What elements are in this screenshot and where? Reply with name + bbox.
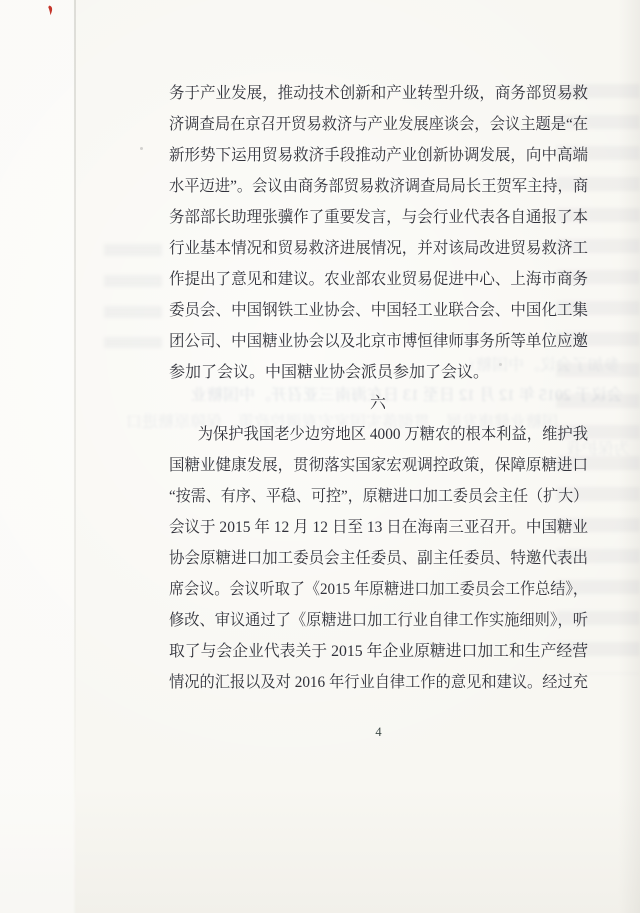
- text-line: 团公司、中国糖业协会以及北京市博恒律师事务所等单位应邀: [169, 326, 575, 357]
- fold-crease-line: [74, 0, 76, 806]
- text-line: 水平迈进”。会议由商务部贸易救济调查局局长王贺军主持，商: [169, 171, 569, 202]
- text-line: 委员会、中国钢铁工业协会、中国轻工业联合会、中国化工集: [169, 295, 575, 326]
- text-line: 参加了会议。中国糖业协会派员参加了会议。: [169, 357, 588, 388]
- text-line: 修改、审议通过了《原糖进口加工行业自律工作实施细则》，听: [169, 605, 568, 636]
- text-line: 务部部长助理张骥作了重要发言，与会行业代表各自通报了本: [169, 202, 575, 233]
- document-text-block: 务于产业发展，推动技术创新和产业转型升级，商务部贸易救 济调查局在京召开贸易救济…: [169, 78, 588, 698]
- page-number: 4: [169, 725, 588, 740]
- red-pen-mark-glyph: [47, 5, 55, 16]
- text-line: 行业基本情况和贸易救济进展情况，并对该局改进贸易救济工: [169, 233, 575, 264]
- text-line: 席会议。会议听取了《2015 年原糖进口加工委员会工作总结》，: [169, 574, 564, 605]
- text-line: 情况的汇报以及对 2016 年行业自律工作的意见和建议。经过充: [169, 667, 568, 698]
- section-heading: 六: [169, 388, 588, 419]
- text-line: “按需、有序、平稳、可控”，原糖进口加工委员会主任（扩大）: [169, 481, 563, 512]
- scanned-document-page: 参加了会议。中国糖业协会派员参加了会议。 会议于 2015 年 12 月 12 …: [0, 0, 640, 913]
- text-line: 国糖业健康发展，贯彻落实国家宏观调控政策，保障原糖进口: [169, 450, 575, 481]
- text-line: 务于产业发展，推动技术创新和产业转型升级，商务部贸易救: [169, 78, 575, 109]
- text-line: 协会原糖进口加工委员会主任委员、副主任委员、特邀代表出: [169, 543, 575, 574]
- bleedthrough-bands-left: [104, 244, 162, 348]
- text-line: 为保护我国老少边穷地区 4000 万糖农的根本利益，维护我: [169, 419, 570, 450]
- text-line: 取了与会企业代表关于 2015 年企业原糖进口加工和生产经营: [169, 636, 583, 667]
- text-line: 济调查局在京召开贸易救济与产业发展座谈会，会议主题是“在: [169, 109, 569, 140]
- text-line: 新形势下运用贸易救济手段推动产业创新协调发展，向中高端: [169, 140, 575, 171]
- scan-speck: [140, 147, 143, 150]
- text-line: 会议于 2015 年 12 月 12 日至 13 日在海南三亚召开。中国糖业: [169, 512, 575, 543]
- red-pen-mark: [47, 3, 55, 14]
- text-line: 作提出了意见和建议。农业部农业贸易促进中心、上海市商务: [169, 264, 575, 295]
